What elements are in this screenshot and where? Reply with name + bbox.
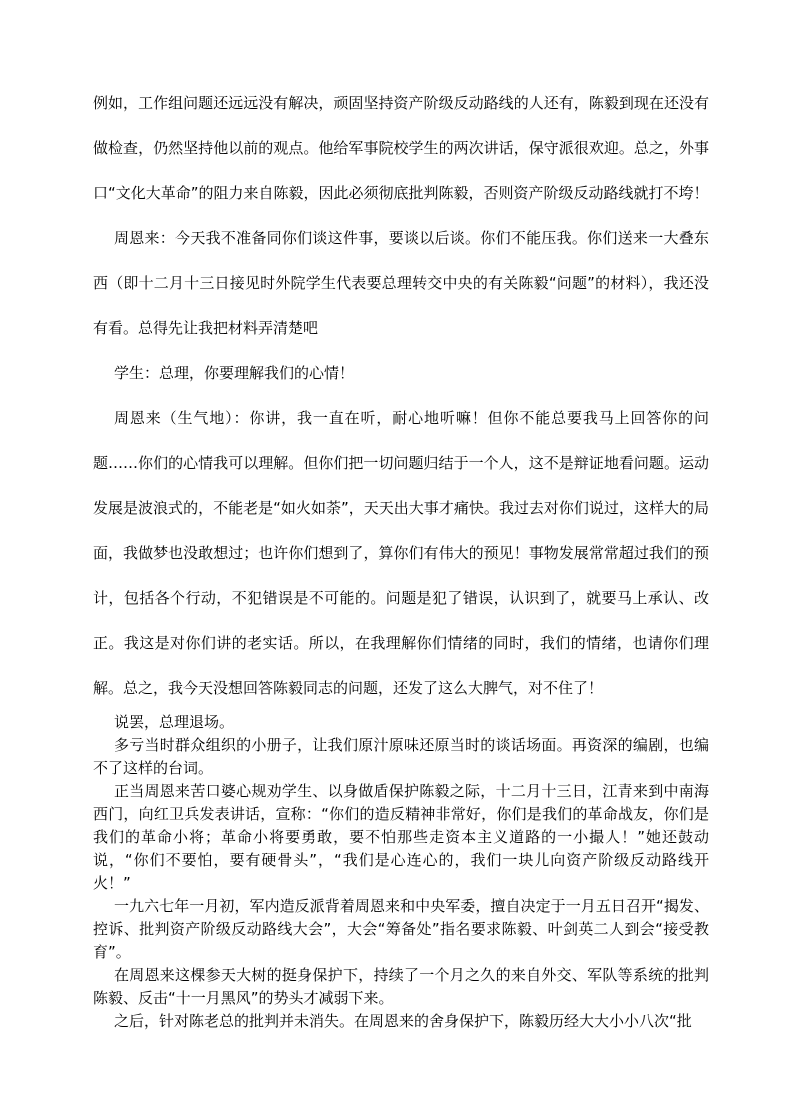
narrative-paragraph-protection: 在周恩来这棵参天大树的挺身保护下，持续了一个月之久的来自外交、军队等系统的批判陈… [93,964,709,1010]
narrative-paragraph-jiangqing-speech: 正当周恩来苦口婆心规劝学生、以身做盾保护陈毅之际，十二月十三日，江青来到中南海西… [93,780,709,895]
document-content: 例如，工作组问题还远远没有解决，顽固坚持资产阶级反动路线的人还有，陈毅到现在还没… [93,81,709,1033]
narrative-paragraph-exit: 说罢，总理退场。 [93,711,709,734]
document-page: 例如，工作组问题还远远没有解决，顽固坚持资产阶级反动路线的人还有，陈毅到现在还没… [0,0,800,1100]
narrative-section: 说罢，总理退场。 多亏当时群众组织的小册子，让我们原汁原味还原当时的谈话场面。再… [93,711,709,1033]
dialogue-paragraph-student: 学生：总理，你要理解我们的心情！ [93,351,709,396]
narrative-paragraph-aftermath-truncated: 之后，针对陈老总的批判并未消失。在周恩来的舍身保护下，陈毅历经大大小小八次“批 [93,1010,709,1033]
narrative-paragraph-booklet: 多亏当时群众组织的小册子，让我们原汁原味还原当时的谈话场面。再资深的编剧，也编不… [93,734,709,780]
dialogue-paragraph-zhou-enlai: 周恩来：今天我不准备同你们谈这件事，要谈以后谈。你们不能压我。你们送来一大叠东西… [93,216,709,351]
dialogue-paragraph-zhou-enlai-angry: 周恩来（生气地）：你讲，我一直在听，耐心地听嘛！但你不能总要我马上回答你的问题…… [93,396,709,711]
dialogue-transcript-section: 例如，工作组问题还远远没有解决，顽固坚持资产阶级反动路线的人还有，陈毅到现在还没… [93,81,709,711]
narrative-paragraph-1967-meeting: 一九六七年一月初，军内造反派背着周恩来和中央军委，擅自决定于一月五日召开“揭发、… [93,895,709,964]
dialogue-paragraph-continuation: 例如，工作组问题还远远没有解决，顽固坚持资产阶级反动路线的人还有，陈毅到现在还没… [93,81,709,216]
